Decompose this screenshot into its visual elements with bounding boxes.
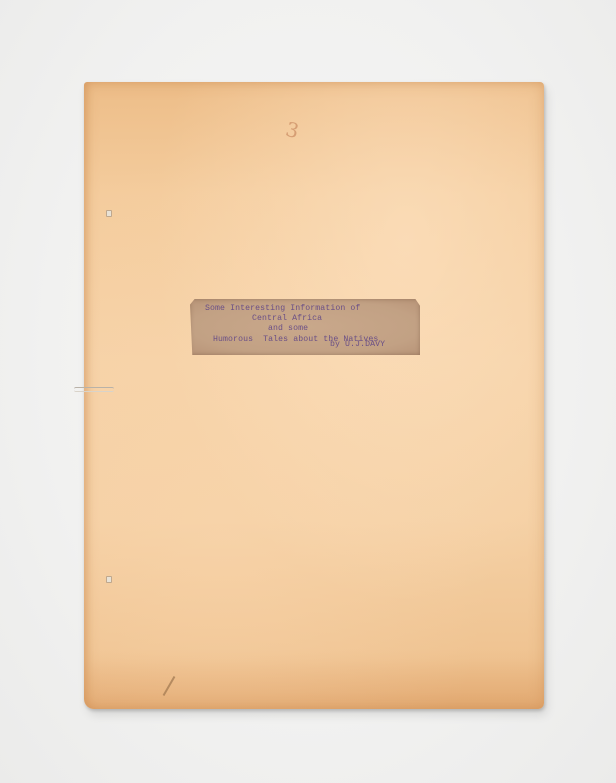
pencil-page-number: 3 <box>283 117 301 143</box>
paper-crease <box>163 676 176 696</box>
manuscript-cover: 3 Some Interesting Information of Centra… <box>84 82 544 709</box>
label-line-connector: and some <box>268 324 308 334</box>
label-line-title: Some Interesting Information of <box>205 304 360 314</box>
staple-hole-bottom <box>106 576 112 583</box>
binding-thread <box>74 387 114 392</box>
staple-hole-top <box>106 210 112 217</box>
label-line-region: Central Africa <box>252 314 322 324</box>
title-label: Some Interesting Information of Central … <box>190 299 420 355</box>
label-line-author: by U.J.DAVY <box>330 340 385 350</box>
